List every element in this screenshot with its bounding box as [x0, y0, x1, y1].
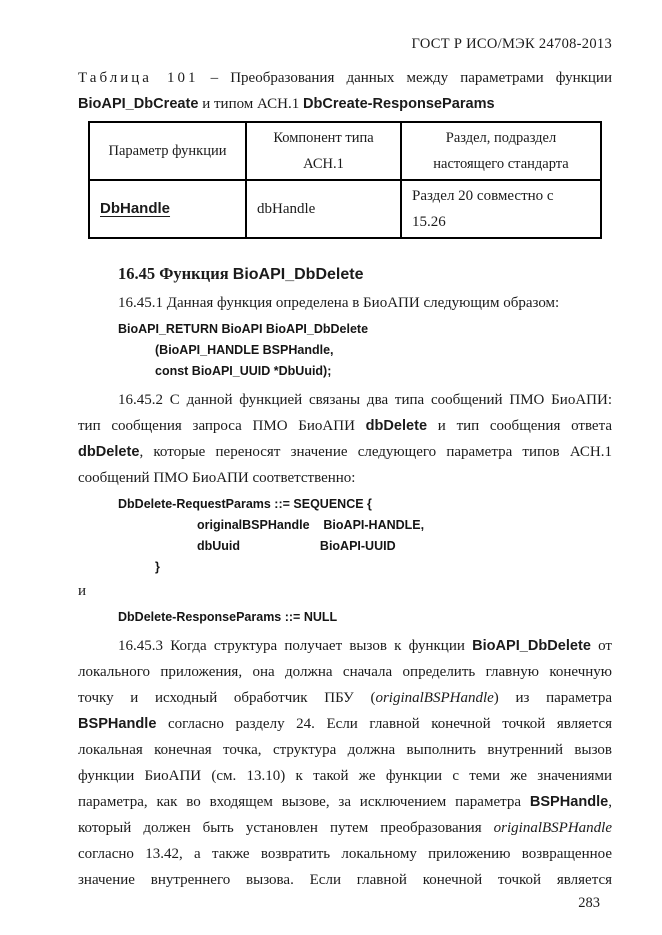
text-segment: Таблица 101: [78, 70, 199, 86]
text-line: 16.45.2 С данной функцией связаны два ти…: [78, 387, 612, 413]
conjunction-text: и: [78, 579, 612, 604]
col-header-asn1-component: Компонент типаАСН.1: [246, 122, 401, 180]
text-segment: который должен быть установлен путем пре…: [78, 820, 494, 836]
c-function-signature-code-block: BioAPI_RETURN BioAPI BioAPI_DbDelete(Bio…: [118, 319, 612, 382]
standard-designation: ГОСТ Р ИСО/МЭК 24708-2013: [78, 36, 612, 53]
text-segment: сообщений ПМО БиоАПИ соответственно:: [78, 470, 355, 486]
text-line: сообщений ПМО БиоАПИ соответственно:: [78, 465, 612, 491]
col-header-function-parameter: Параметр функции: [89, 122, 246, 180]
table-101-caption-line-1: Таблица 101 – Преобразования данных межд…: [78, 65, 612, 91]
text-line: параметра, как во входящем вызове, за ис…: [78, 789, 612, 815]
header-line: Параметр функции: [96, 138, 239, 164]
table-101: Параметр функции Компонент типаАСН.1 Раз…: [88, 121, 602, 239]
text-segment: originalBSPHandle: [375, 690, 493, 706]
text-segment: originalBSPHandle: [494, 820, 612, 836]
text-segment: ) из параметра: [494, 690, 612, 706]
text-segment: 16.45.2 С данной функцией связаны два ти…: [118, 392, 612, 408]
text-line: который должен быть установлен путем пре…: [78, 815, 612, 841]
text-segment: , которые переносят значение следующего …: [139, 444, 612, 460]
document-page: ГОСТ Р ИСО/МЭК 24708-2013 Таблица 101 – …: [0, 0, 662, 935]
table-101-caption-line-2: BioAPI_DbCreate и типом АСН.1 DbCreate-R…: [78, 91, 612, 117]
code-line: originalBSPHandle BioAPI-HANDLE,: [118, 515, 612, 536]
header-line: Компонент типа: [253, 125, 394, 151]
code-line: BioAPI_RETURN BioAPI BioAPI_DbDelete: [118, 319, 612, 340]
paragraph-16-45-2: 16.45.2 С данной функцией связаны два ти…: [78, 387, 612, 491]
text-segment: значение внутреннего вызова. Если главно…: [78, 872, 612, 888]
text-line: 16.45.1 Данная функция определена в БиоА…: [78, 290, 612, 316]
text-line: локального приложения, она должна сначал…: [78, 659, 612, 685]
cell-standard-section: Раздел 20 совместно с 15.26: [401, 180, 601, 238]
paragraph-16-45-1: 16.45.1 Данная функция определена в БиоА…: [78, 290, 612, 316]
text-segment: локальная конечная точка, структура долж…: [78, 742, 612, 758]
text-line: 16.45.3 Когда структура получает вызов к…: [78, 633, 612, 659]
text-segment: BioAPI_DbDelete: [233, 266, 364, 283]
code-line: DbDelete-RequestParams ::= SEQUENCE {: [118, 494, 612, 515]
text-segment: точку и исходный обработчик ПБУ (: [78, 690, 375, 706]
header-line: АСН.1: [253, 151, 394, 177]
text-segment: 16.45.3 Когда структура получает вызов к…: [118, 638, 472, 654]
text-segment: локального приложения, она должна сначал…: [78, 664, 612, 680]
code-line: const BioAPI_UUID *DbUuid);: [118, 361, 612, 382]
text-segment: от: [591, 638, 612, 654]
cell-function-parameter: DbHandle: [89, 180, 246, 238]
header-line: Раздел, подраздел: [408, 125, 594, 151]
asn1-response-params-code-block: DbDelete-ResponseParams ::= NULL: [118, 607, 612, 628]
text-segment: и типом АСН.1: [198, 96, 303, 112]
text-line: тип сообщения запроса ПМО БиоАПИ dbDelet…: [78, 413, 612, 439]
text-line: точку и исходный обработчик ПБУ (origina…: [78, 685, 612, 711]
text-segment: 16.45.1 Данная функция определена в БиоА…: [118, 295, 559, 311]
text-segment: DbCreate-ResponseParams: [303, 96, 495, 112]
text-segment: BioAPI_DbCreate: [78, 96, 198, 112]
text-segment: и тип сообщения ответа: [427, 418, 612, 434]
header-line: настоящего стандарта: [408, 151, 594, 177]
text-segment: – Преобразования данных между параметрам…: [199, 70, 612, 86]
paragraph-16-45-3: 16.45.3 Когда структура получает вызов к…: [78, 633, 612, 893]
cell-asn1-component: dbHandle: [246, 180, 401, 238]
text-line: dbDelete, которые переносят значение сле…: [78, 439, 612, 465]
text-segment: BSPHandle: [78, 716, 156, 732]
text-line: согласно 13.42, а также возвратить локал…: [78, 841, 612, 867]
text-line: значение внутреннего вызова. Если главно…: [78, 867, 612, 893]
text-line: BSPHandle согласно разделу 24. Если глав…: [78, 711, 612, 737]
code-line: DbDelete-ResponseParams ::= NULL: [118, 607, 612, 628]
code-line: (BioAPI_HANDLE BSPHandle,: [118, 340, 612, 361]
text-segment: тип сообщения запроса ПМО БиоАПИ: [78, 418, 366, 434]
table-101-caption: Таблица 101 – Преобразования данных межд…: [78, 65, 612, 117]
code-line: }: [118, 557, 612, 578]
text-segment: dbDelete: [366, 418, 427, 434]
text-segment: параметра, как во входящем вызове, за ис…: [78, 794, 530, 810]
text-segment: dbDelete: [78, 444, 139, 460]
text-segment: BSPHandle: [530, 794, 608, 810]
page-number: 283: [78, 895, 612, 912]
text-segment: функции БиоАПИ (см. 13.10) к такой же фу…: [78, 768, 612, 784]
text-line: локальная конечная точка, структура долж…: [78, 737, 612, 763]
text-segment: 16.45 Функция: [118, 264, 233, 283]
text-segment: согласно разделу 24. Если главной конечн…: [156, 716, 612, 732]
text-segment: BioAPI_DbDelete: [472, 638, 591, 654]
table-row: DbHandle dbHandle Раздел 20 совместно с …: [89, 180, 601, 238]
dbhandle-parameter-ref: DbHandle: [100, 200, 170, 217]
section-heading-16-45: 16.45 Функция BioAPI_DbDelete: [118, 264, 612, 285]
code-line: dbUuid BioAPI-UUID: [118, 536, 612, 557]
asn1-request-params-code-block: DbDelete-RequestParams ::= SEQUENCE {ori…: [118, 494, 612, 578]
text-line: функции БиоАПИ (см. 13.10) к такой же фу…: [78, 763, 612, 789]
table-header-row: Параметр функции Компонент типаАСН.1 Раз…: [89, 122, 601, 180]
text-segment: согласно 13.42, а также возвратить локал…: [78, 846, 612, 862]
col-header-standard-section: Раздел, подразделнастоящего стандарта: [401, 122, 601, 180]
text-segment: ,: [608, 794, 612, 810]
